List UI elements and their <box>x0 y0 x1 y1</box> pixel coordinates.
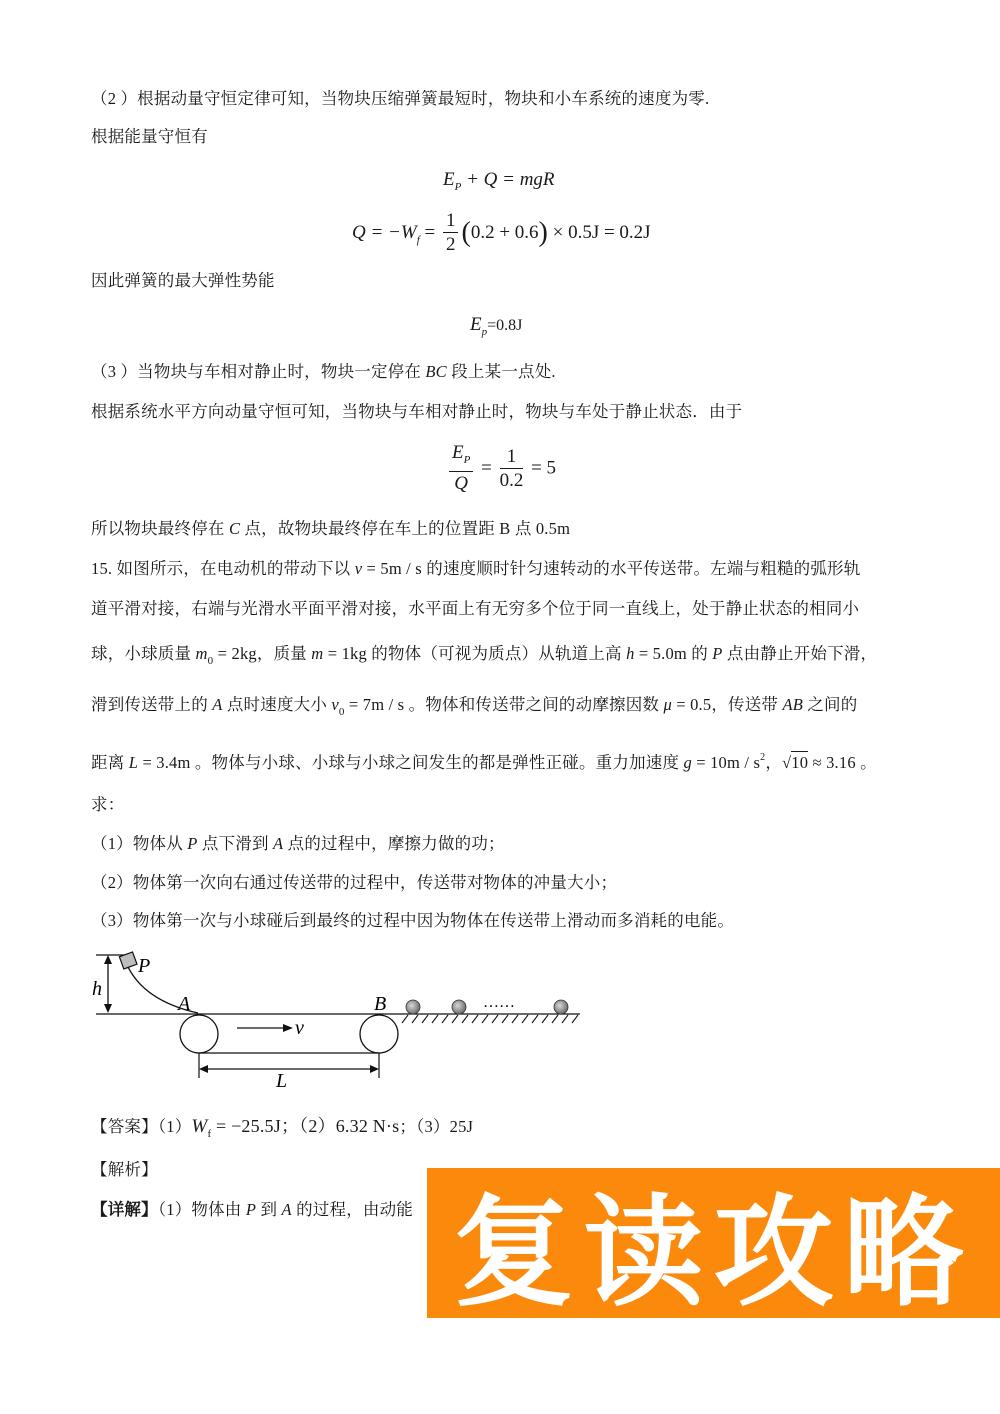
label-a: A <box>176 993 191 1015</box>
ground-hatching <box>402 1015 578 1023</box>
ball-icon <box>406 1000 420 1014</box>
answer-line: 【答案】（1）Wf = −25.5J；（2）6.32 N·s；（3）25J <box>91 1115 473 1145</box>
watermark-banner: 复读攻略 <box>427 1168 1000 1318</box>
analysis-tag: 【解析】 <box>91 1159 158 1181</box>
part2-line3: 因此弹簧的最大弹性势能 <box>91 270 275 292</box>
arrow-down-icon <box>104 1004 112 1013</box>
part2-line2: 根据能量守恒有 <box>91 126 208 148</box>
problem15-line3: 球，小球质量 m0 = 2kg，质量 m = 1kg 的物体（可视为质点）从轨道… <box>91 643 877 672</box>
part3-line2: 根据系统水平方向动量守恒可知，当物块与车相对静止时，物块与车处于静止状态．由于 <box>91 401 742 423</box>
detail-line: 【详解】（1）物体由 P 到 A 的过程，由动能 <box>91 1199 413 1221</box>
label-p: P <box>137 955 150 977</box>
conveyor-belt-figure: h P A B v L <box>90 950 590 1100</box>
label-h: h <box>92 978 102 1000</box>
problem15-line6: 求： <box>91 794 124 816</box>
ball-icon <box>452 1000 466 1014</box>
problem15-line2: 道平滑对接，右端与光滑水平面平滑对接，水平面上有无穷多个位于同一直线上，处于静止… <box>91 598 859 620</box>
problem15-line4: 滑到传送带上的 A 点时速度大小 v0 = 7m / s 。物体和传送带之间的动… <box>91 694 857 723</box>
part3-line3: 所以物块最终停在 C 点，故物块最终停在车上的位置距 B 点 0.5m <box>91 518 570 540</box>
equation-max-elastic-energy: Ep=0.8J <box>470 313 522 344</box>
document-page: （2 ）根据动量守恒定律可知，当物块压缩弹簧最短时，物块和小车系统的速度为零. … <box>0 0 1000 1414</box>
label-v: v <box>295 1017 304 1039</box>
question-3: （3）物体第一次与小球碰后到最终的过程中因为物体在传送带上滑动而多消耗的电能。 <box>91 910 734 932</box>
part2-line1: （2 ）根据动量守恒定律可知，当物块压缩弹簧最短时，物块和小车系统的速度为零. <box>91 88 709 110</box>
equation-energy-conservation: EP + Q = mgR <box>443 168 555 199</box>
pulley-right-icon <box>360 1015 398 1053</box>
label-b: B <box>374 993 386 1015</box>
question-2: （2）物体第一次向右通过传送带的过程中，传送带对物体的冲量大小； <box>91 872 617 894</box>
ball-icon <box>554 1000 568 1014</box>
equation-ratio: EPQ = 10.2 = 5 <box>446 442 556 496</box>
equation-heat: Q = −Wf = 12(0.2 + 0.6) × 0.5J = 0.2J <box>352 210 651 257</box>
problem15-line5: 距离 L = 3.4m 。物体与小球、小球与小球之间发生的都是弹性正碰。重力加速… <box>91 747 877 774</box>
arrow-left-icon <box>199 1065 208 1073</box>
arrow-up-icon <box>104 955 112 964</box>
fraction-half: 12 <box>443 210 459 257</box>
part3-line1: （3 ）当物块与车相对静止时，物块一定停在 BC 段上某一点处. <box>91 361 556 383</box>
problem15-line1: 15. 如图所示，在电动机的带动下以 v = 5m / s 的速度顺时针匀速转动… <box>91 558 860 580</box>
label-l: L <box>275 1070 287 1092</box>
question-1: （1）物体从 P 点下滑到 A 点的过程中，摩擦力做的功； <box>91 833 505 855</box>
pulley-left-icon <box>180 1015 218 1053</box>
arrow-right-icon <box>283 1024 293 1032</box>
arrow-right-icon <box>370 1065 379 1073</box>
ellipsis: …… <box>483 994 515 1011</box>
